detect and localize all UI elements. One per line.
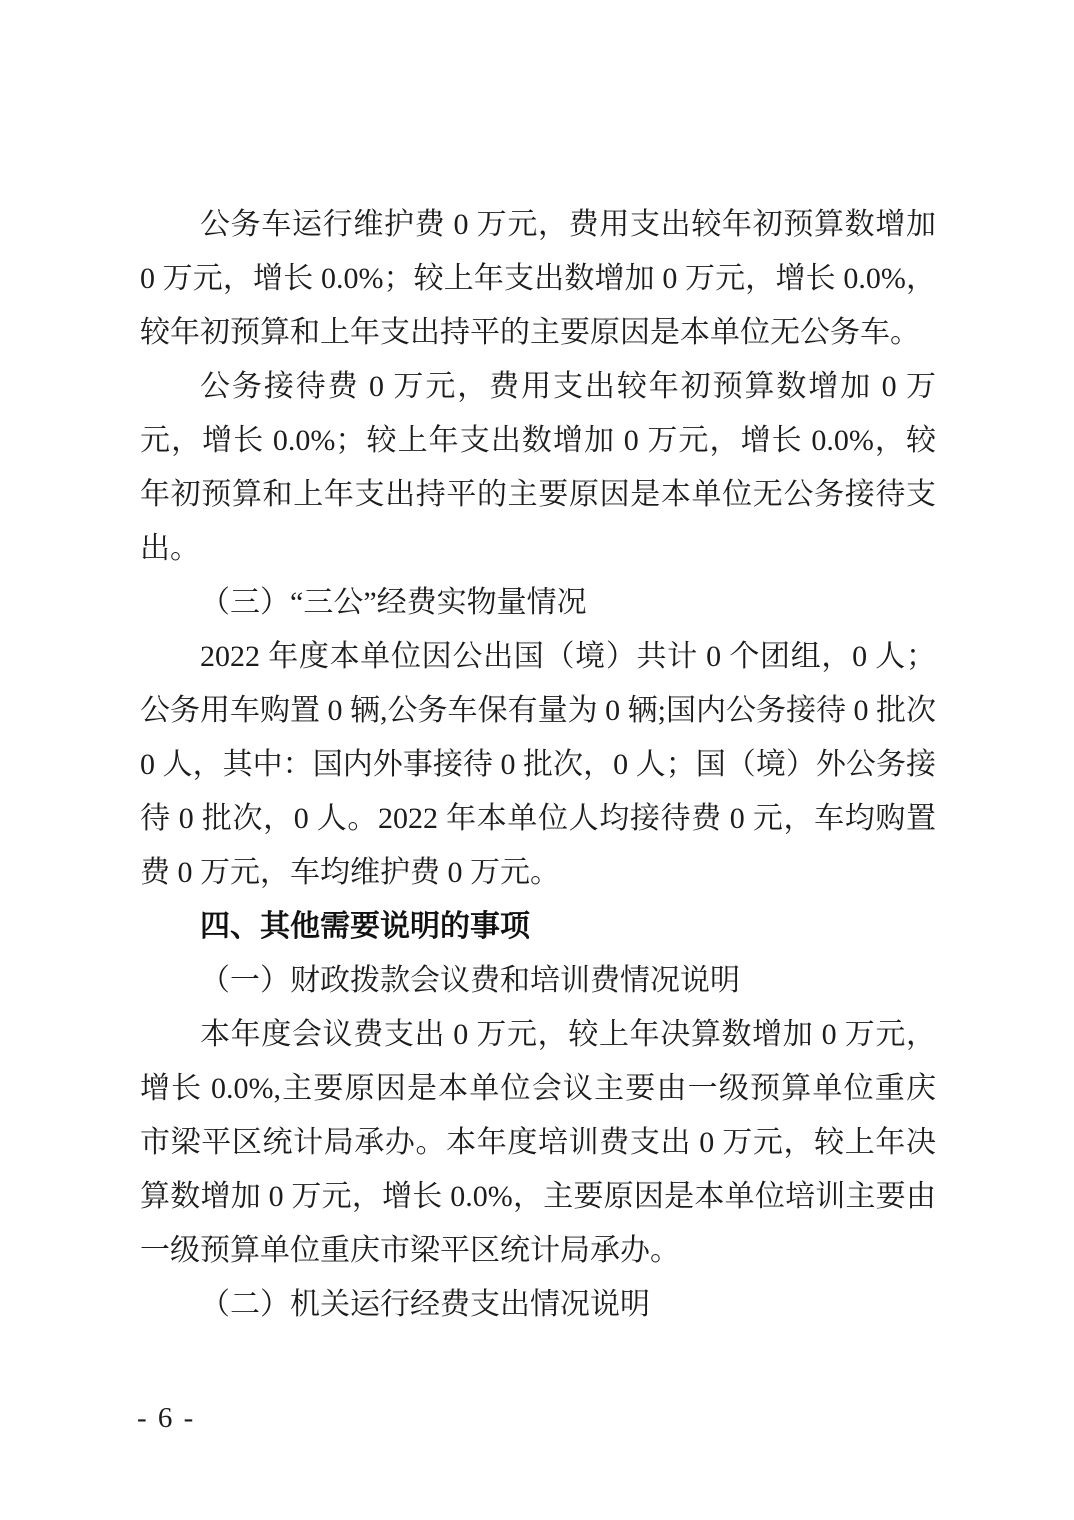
paragraph-vehicle-maintenance-fee: 公务车运行维护费 0 万元，费用支出较年初预算数增加 0 万元，增长 0.0%；…	[140, 198, 936, 360]
paragraph-official-reception-fee: 公务接待费 0 万元，费用支出较年初预算数增加 0 万元，增长 0.0%；较上年…	[140, 360, 936, 576]
document-page-body: 公务车运行维护费 0 万元，费用支出较年初预算数增加 0 万元，增长 0.0%；…	[140, 198, 936, 1332]
subheading-three-public-expenses-physical-quantity: （三）“三公”经费实物量情况	[140, 576, 936, 630]
subheading-agency-operating-expenses: （二）机关运行经费支出情况说明	[140, 1278, 936, 1332]
heading-other-matters: 四、其他需要说明的事项	[140, 900, 936, 954]
paragraph-meeting-training-fee-details: 本年度会议费支出 0 万元，较上年决算数增加 0 万元，增长 0.0%,主要原因…	[140, 1008, 936, 1278]
page-number: - 6 -	[137, 1396, 195, 1440]
paragraph-physical-quantity-details: 2022 年度本单位因公出国（境）共计 0 个团组，0 人；公务用车购置 0 辆…	[140, 630, 936, 900]
subheading-meeting-and-training-fee: （一）财政拨款会议费和培训费情况说明	[140, 954, 936, 1008]
